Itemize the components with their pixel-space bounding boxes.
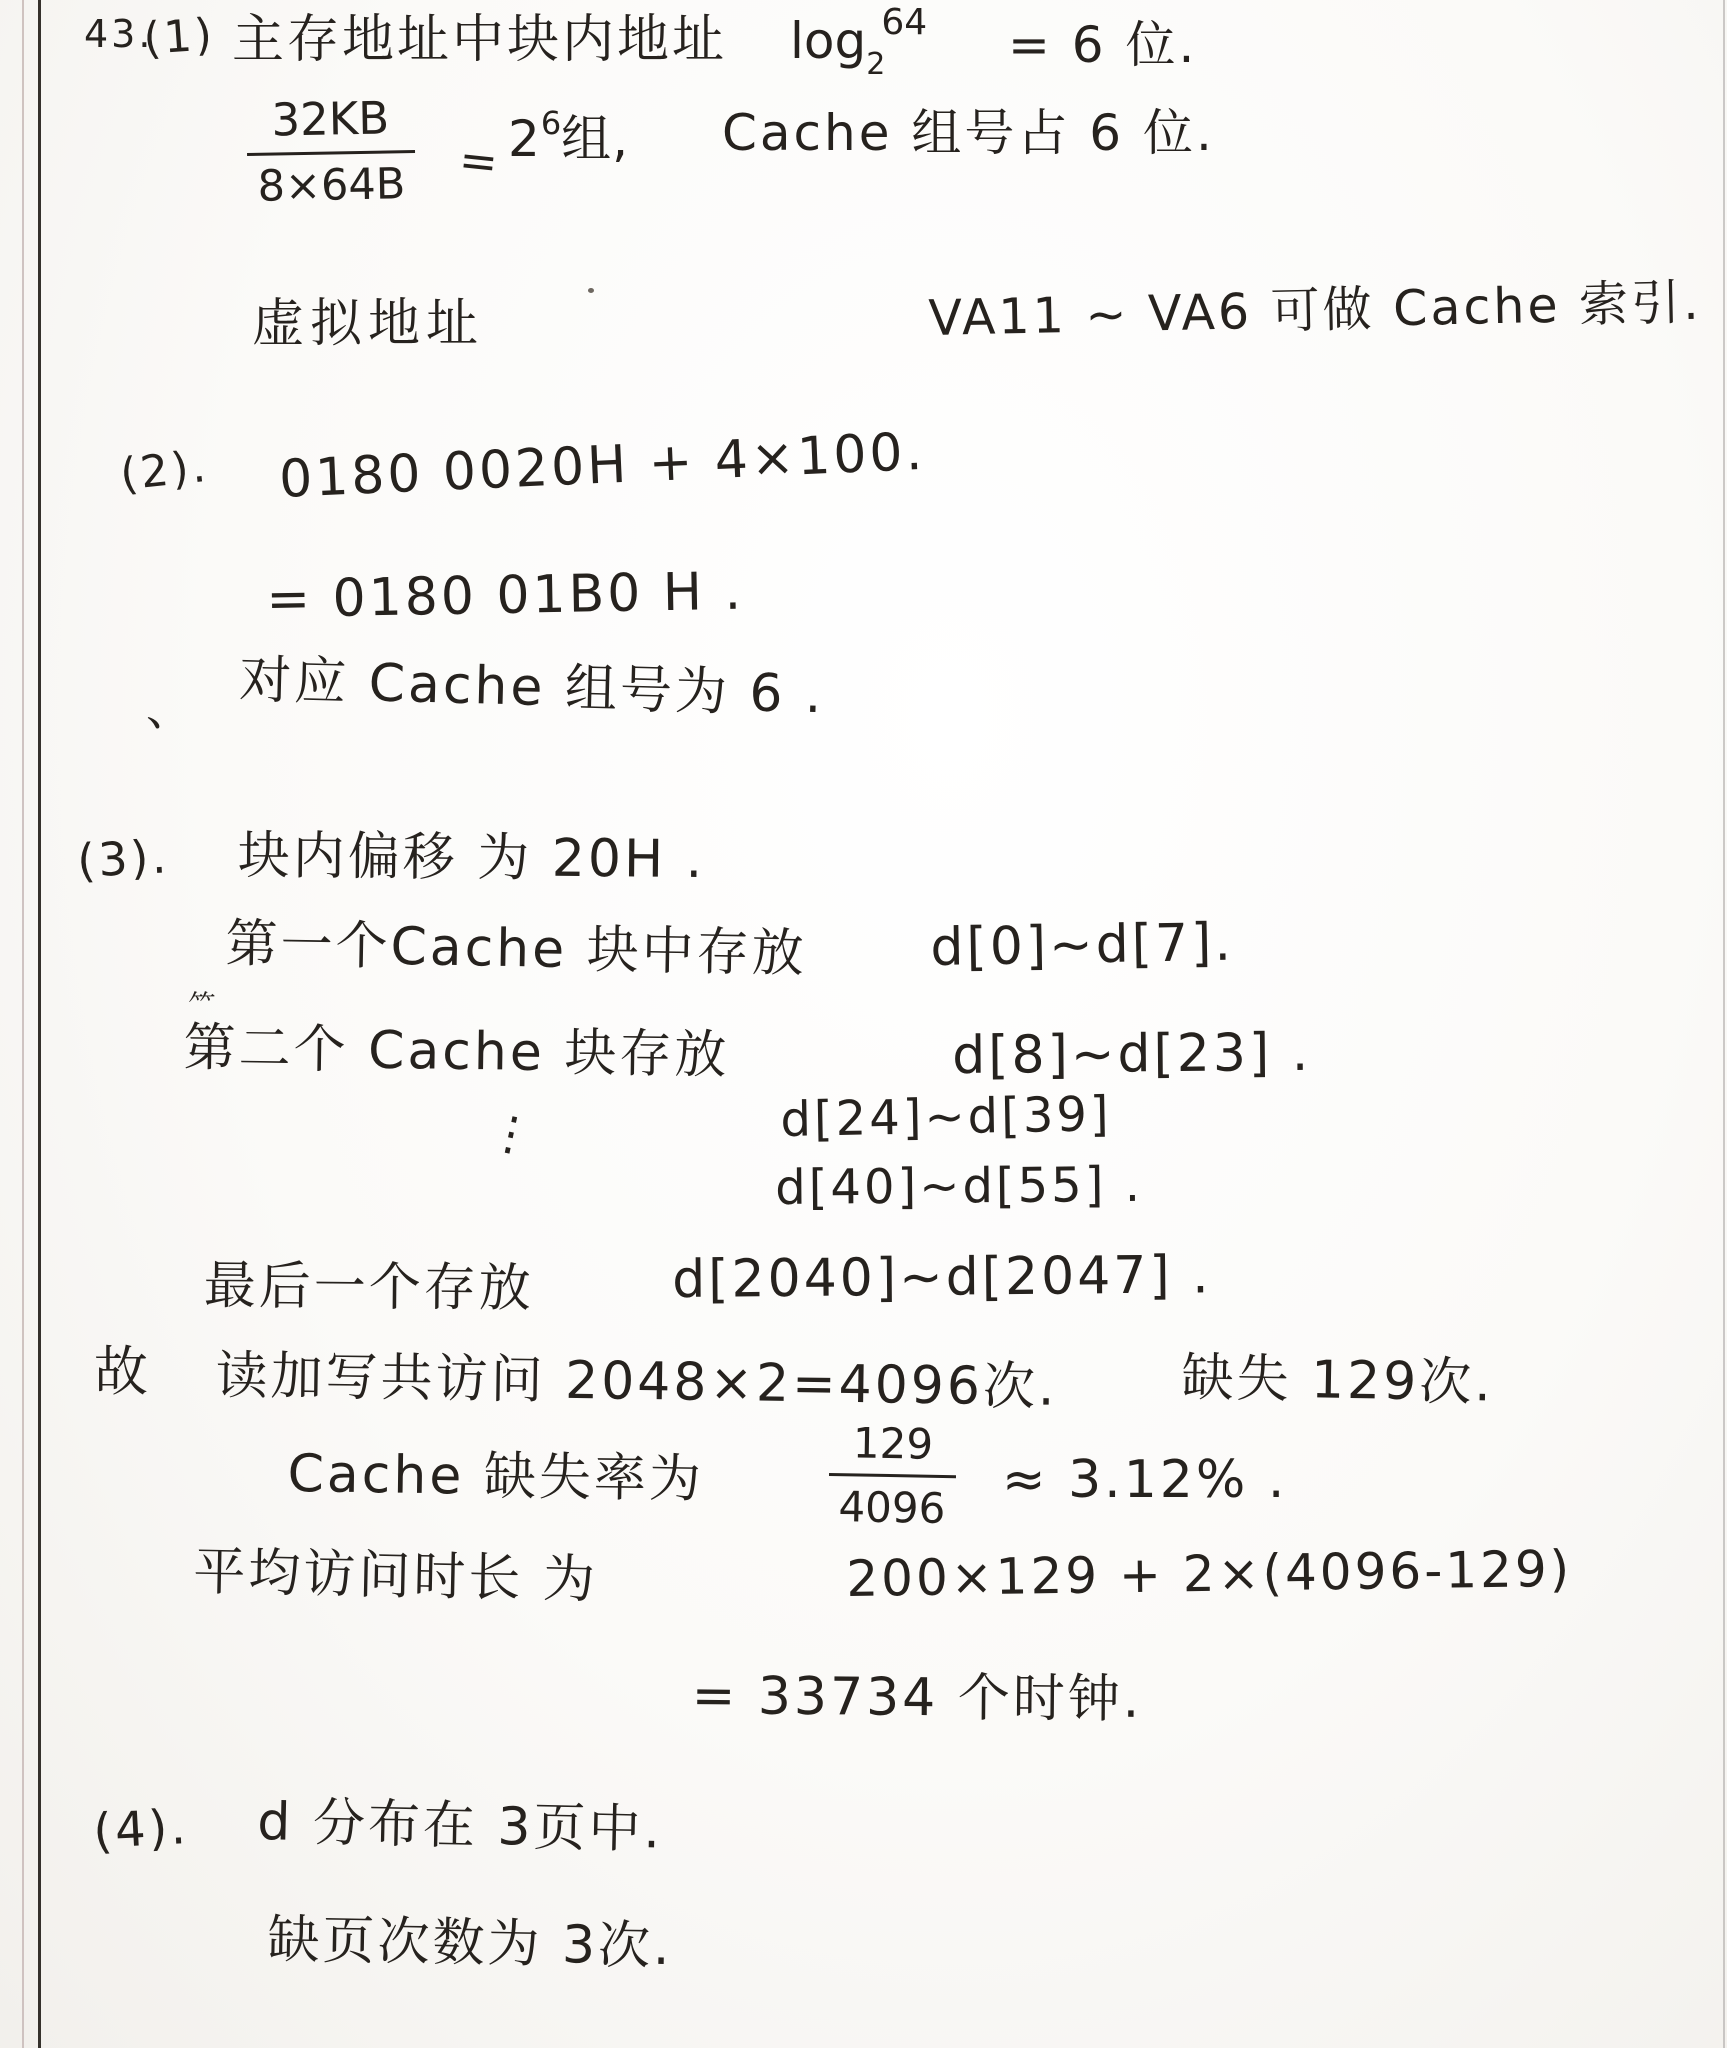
range-4: d[40]~d[55] . xyxy=(775,1159,1143,1215)
virtual-address-label: 虚拟地址 xyxy=(252,296,484,353)
part2-label: (2). xyxy=(118,443,211,500)
access-count-line: 读加写共访问 2048×2=4096次. xyxy=(215,1348,1058,1417)
power-base: 2 xyxy=(508,110,541,168)
va-cache-index-note: VA11 ~ VA6 可做 Cache 索引. xyxy=(928,276,1702,346)
miss-rate-value: ≈ 3.12% . xyxy=(1002,1452,1287,1509)
first-block-text: 第一个Cache 块中存放 xyxy=(225,916,807,983)
miss-rate-label: Cache 缺失率为 xyxy=(287,1446,704,1509)
left-margin-faint-line xyxy=(22,0,24,2048)
part4-label: (4). xyxy=(92,1801,190,1859)
avg-time-label: 平均访问时长 为 xyxy=(193,1544,599,1610)
pause-mark: 、 xyxy=(146,684,195,735)
power-unit: 组, xyxy=(561,110,629,168)
first-block-range: d[0]~d[7]. xyxy=(930,915,1234,977)
range-3: d[24]~d[39] xyxy=(780,1088,1112,1147)
part2-conclusion: 对应 Cache 组号为 6 . xyxy=(239,652,826,724)
avg-time-expression: 200×129 + 2×(4096-129) xyxy=(846,1542,1573,1607)
log-expression: log264 xyxy=(790,14,931,69)
log-function: log xyxy=(790,12,866,70)
miss-fraction-denominator: 4096 xyxy=(828,1473,956,1533)
part2-expression: 0180 0020H + 4×100. xyxy=(278,424,926,509)
second-block-text: 第二个 Cache 块存放 xyxy=(183,1020,730,1085)
miss-count: 缺失 129次. xyxy=(1181,1350,1494,1413)
part1-label: (1) xyxy=(142,11,217,64)
log-exponent: 64 xyxy=(881,2,927,43)
part2-result: = 0180 01B0 H . xyxy=(266,564,745,630)
last-block-range: d[2040]~d[2047] . xyxy=(672,1247,1212,1309)
part3-label: (3). xyxy=(76,831,170,886)
right-edge-line xyxy=(1723,0,1725,2048)
part1-intro: 主存地址中块内地址 xyxy=(232,12,727,69)
equals-sign: = xyxy=(457,134,504,189)
block-offset-line: 块内偏移 为 20H . xyxy=(238,828,706,889)
sets-fraction: 32KB 8×64B xyxy=(246,91,416,212)
miss-fraction-numerator: 129 xyxy=(829,1418,957,1475)
sets-conclusion: Cache 组号占 6 位. xyxy=(722,106,1215,161)
vertical-ellipsis: ⋮ xyxy=(483,1104,541,1164)
log-base: 2 xyxy=(866,47,885,82)
miss-rate-fraction: 129 4096 xyxy=(828,1418,957,1533)
access-lead: 故 xyxy=(94,1342,151,1401)
part4-line2: 缺页次数为 3次. xyxy=(267,1912,673,1976)
part4-line1: d 分布在 3页中. xyxy=(257,1794,664,1860)
second-block-range: d[8]~d[23] . xyxy=(952,1025,1312,1085)
last-block-text: 最后一个存放 xyxy=(204,1258,535,1318)
left-margin-line xyxy=(38,0,41,2048)
avg-time-result: = 33734 个时钟. xyxy=(692,1668,1143,1729)
sets-power: 26组, xyxy=(508,112,629,167)
part1-result: = 6 位. xyxy=(1008,18,1197,73)
handwritten-page: 43. (1) 主存地址中块内地址 log264 = 6 位. 32KB 8×6… xyxy=(0,0,1727,2048)
ink-dot xyxy=(588,288,594,293)
stray-stroke: ⺮ xyxy=(188,990,219,1021)
fraction-denominator: 8×64B xyxy=(247,150,416,212)
power-exponent: 6 xyxy=(541,104,561,142)
fraction-numerator: 32KB xyxy=(246,91,415,153)
